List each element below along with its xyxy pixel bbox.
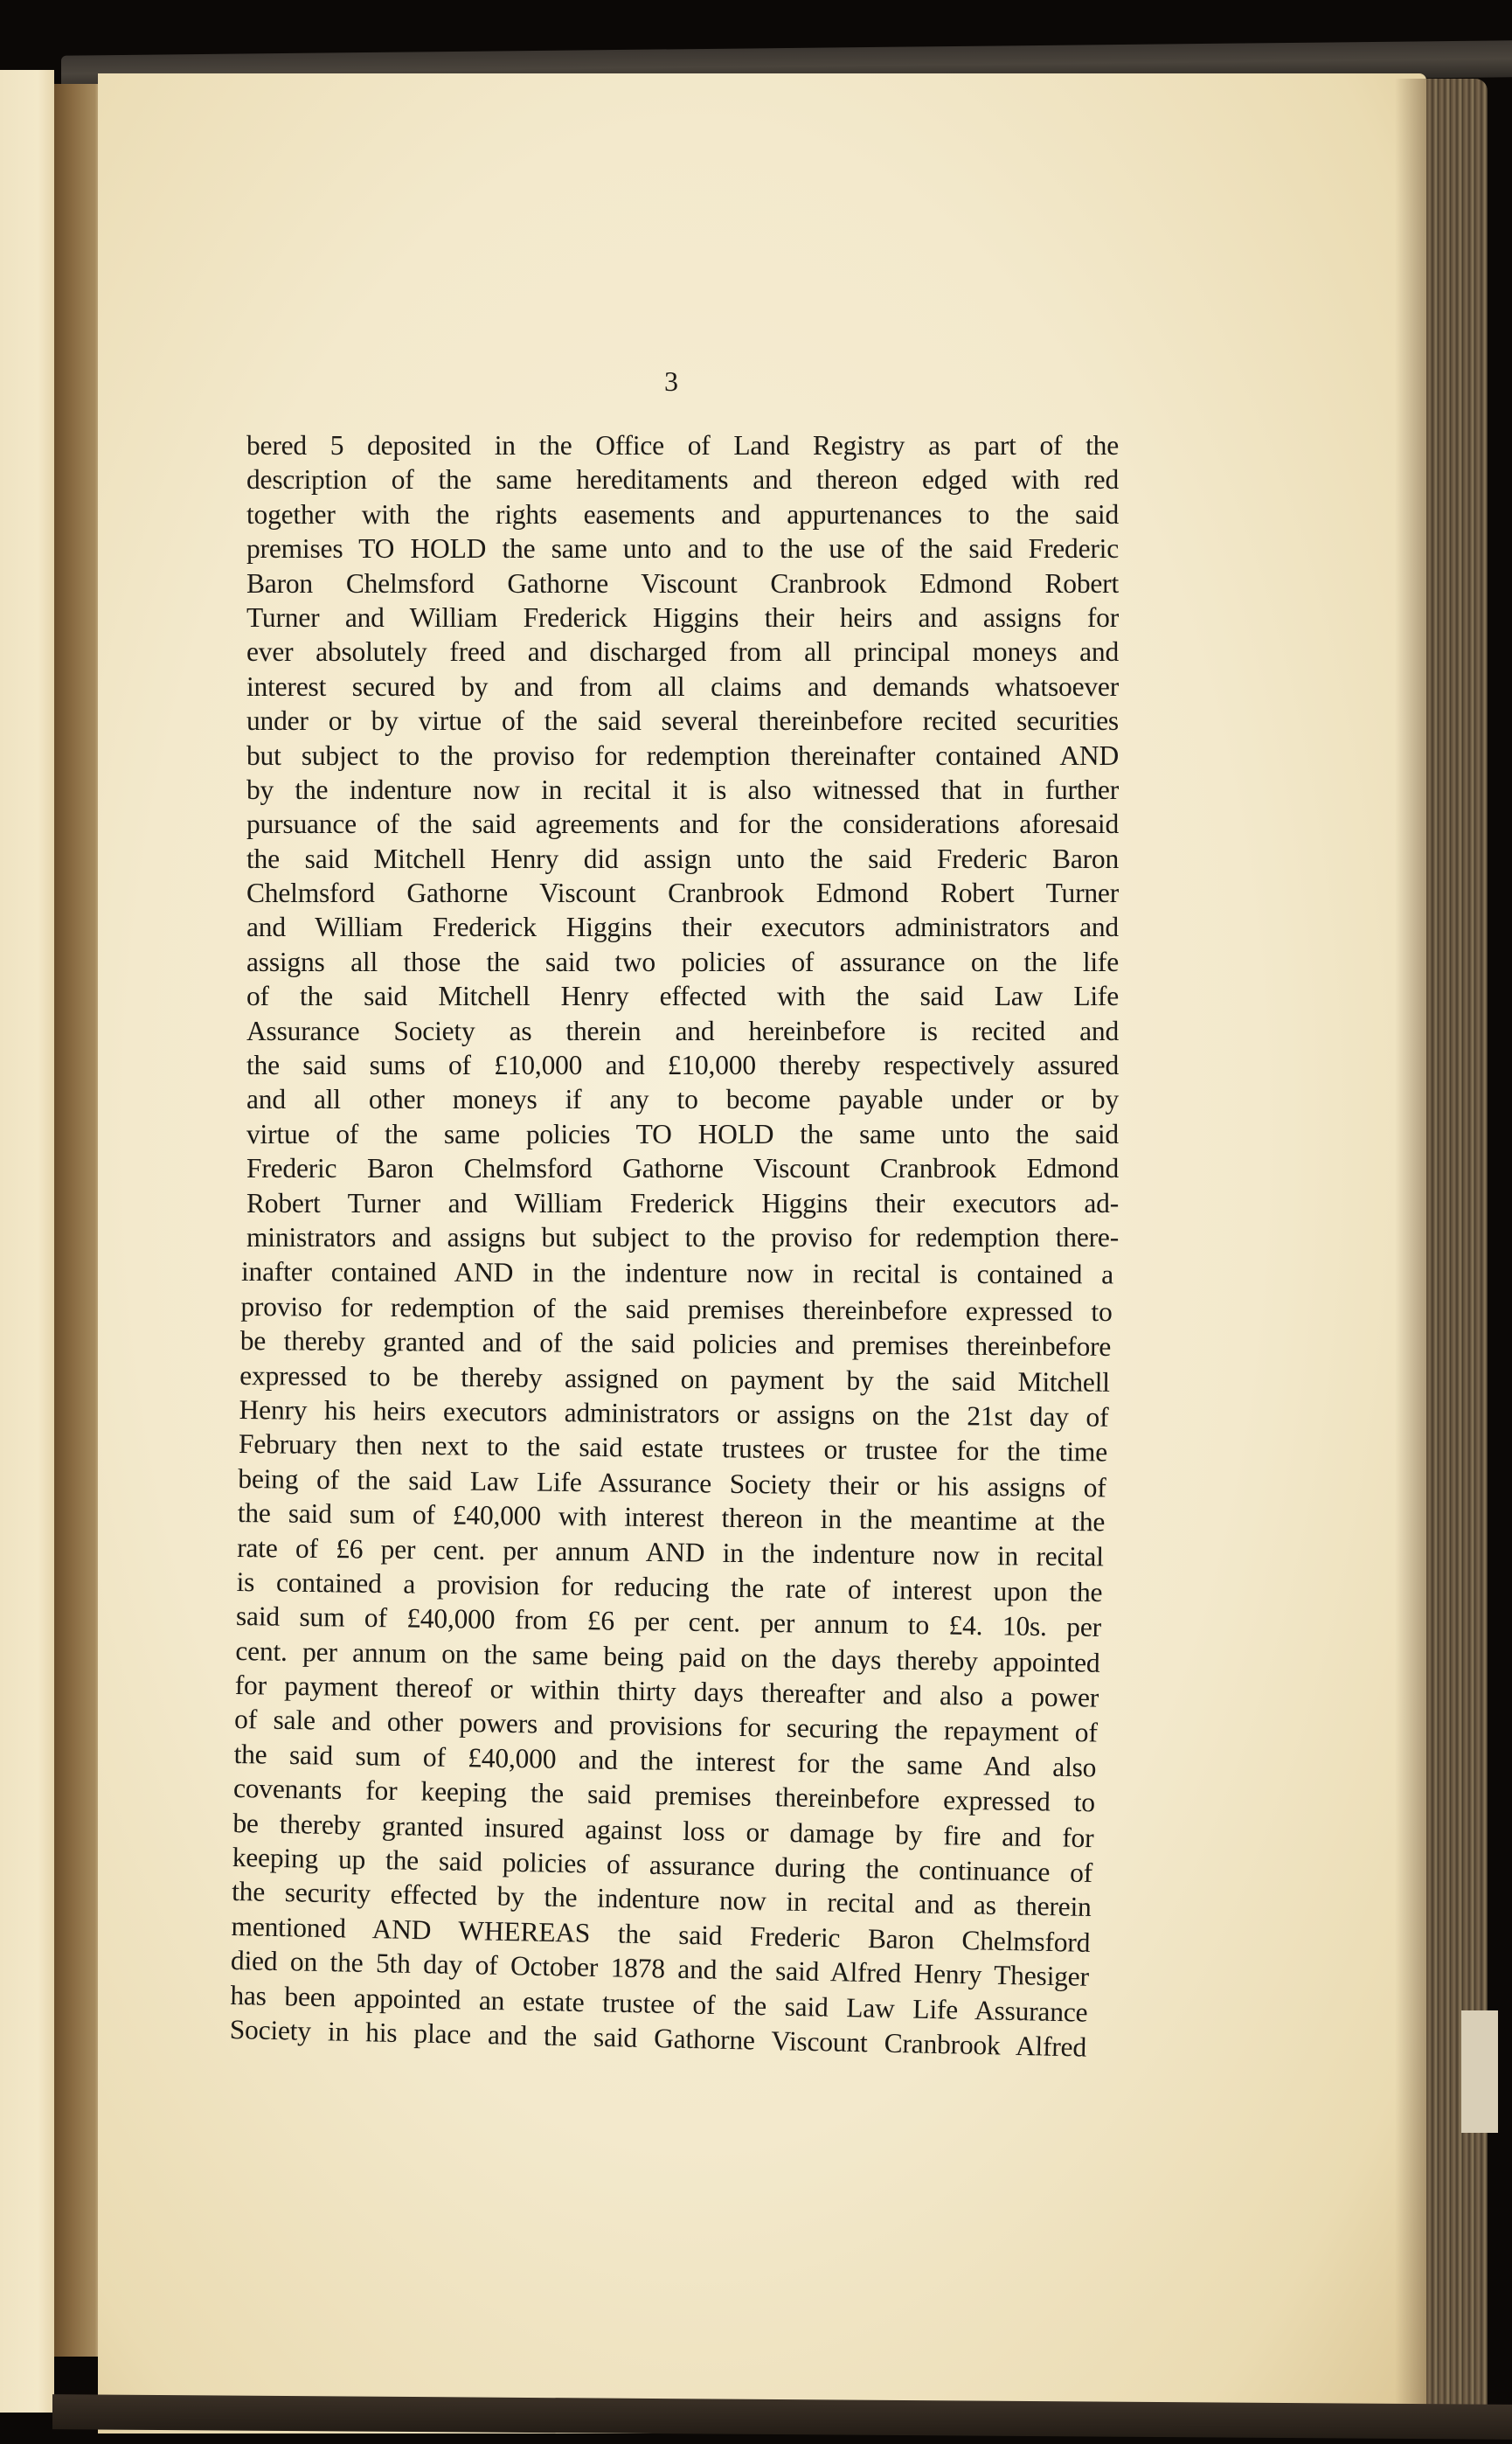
text-line: premises TO HOLD the same unto and to th… [246, 531, 1119, 566]
text-line: Chelmsford Gathorne Viscount Cranbrook E… [246, 876, 1119, 910]
text-line: Robert Turner and William Frederick Higg… [246, 1186, 1119, 1220]
text-lines: bered 5 deposited in the Office of Land … [246, 428, 1119, 2046]
text-line: and all other moneys if any to become pa… [246, 1082, 1119, 1116]
text-line: Turner and William Frederick Higgins the… [246, 601, 1119, 635]
text-line: description of the same hereditaments an… [246, 462, 1119, 496]
text-line: Assurance Society as therein and hereinb… [246, 1014, 1119, 1048]
page-number: 3 [664, 365, 678, 398]
text-line: but subject to the proviso for redemptio… [246, 739, 1119, 773]
text-line: pursuance of the said agreements and for… [246, 807, 1119, 841]
text-line: of the said Mitchell Henry effected with… [246, 979, 1119, 1013]
text-line: ministrators and assigns but subject to … [246, 1220, 1119, 1254]
text-line: interest secured by and from all claims … [246, 670, 1119, 704]
text-line: bered 5 deposited in the Office of Land … [246, 428, 1119, 462]
text-line: under or by virtue of the said several t… [246, 704, 1119, 738]
text-line: the said sums of £10,000 and £10,000 the… [246, 1048, 1119, 1082]
text-line: Frederic Baron Chelmsford Gathorne Visco… [246, 1151, 1119, 1185]
book-gutter-shadow [54, 84, 102, 2357]
text-line: proviso for redemption of the said premi… [240, 1289, 1112, 1329]
text-line: be thereby granted and of the said polic… [240, 1323, 1112, 1364]
text-line: the said Mitchell Henry did assign unto … [246, 842, 1119, 876]
text-line: and William Frederick Higgins their exec… [246, 910, 1119, 944]
text-line: virtue of the same policies TO HOLD the … [246, 1117, 1119, 1151]
text-line: inafter contained AND in the indenture n… [241, 1254, 1113, 1292]
text-line: ever absolutely freed and discharged fro… [246, 635, 1119, 669]
text-line: Baron Chelmsford Gathorne Viscount Cranb… [246, 566, 1119, 601]
text-line: together with the rights easements and a… [246, 497, 1119, 531]
paper-slip-bookmark [1461, 2010, 1498, 2133]
left-page-edge [0, 70, 54, 2413]
text-line: by the indenture now in recital it is al… [246, 773, 1119, 807]
text-line: assigns all those the said two policies … [246, 945, 1119, 979]
page-edge-shadow [1395, 79, 1430, 2430]
